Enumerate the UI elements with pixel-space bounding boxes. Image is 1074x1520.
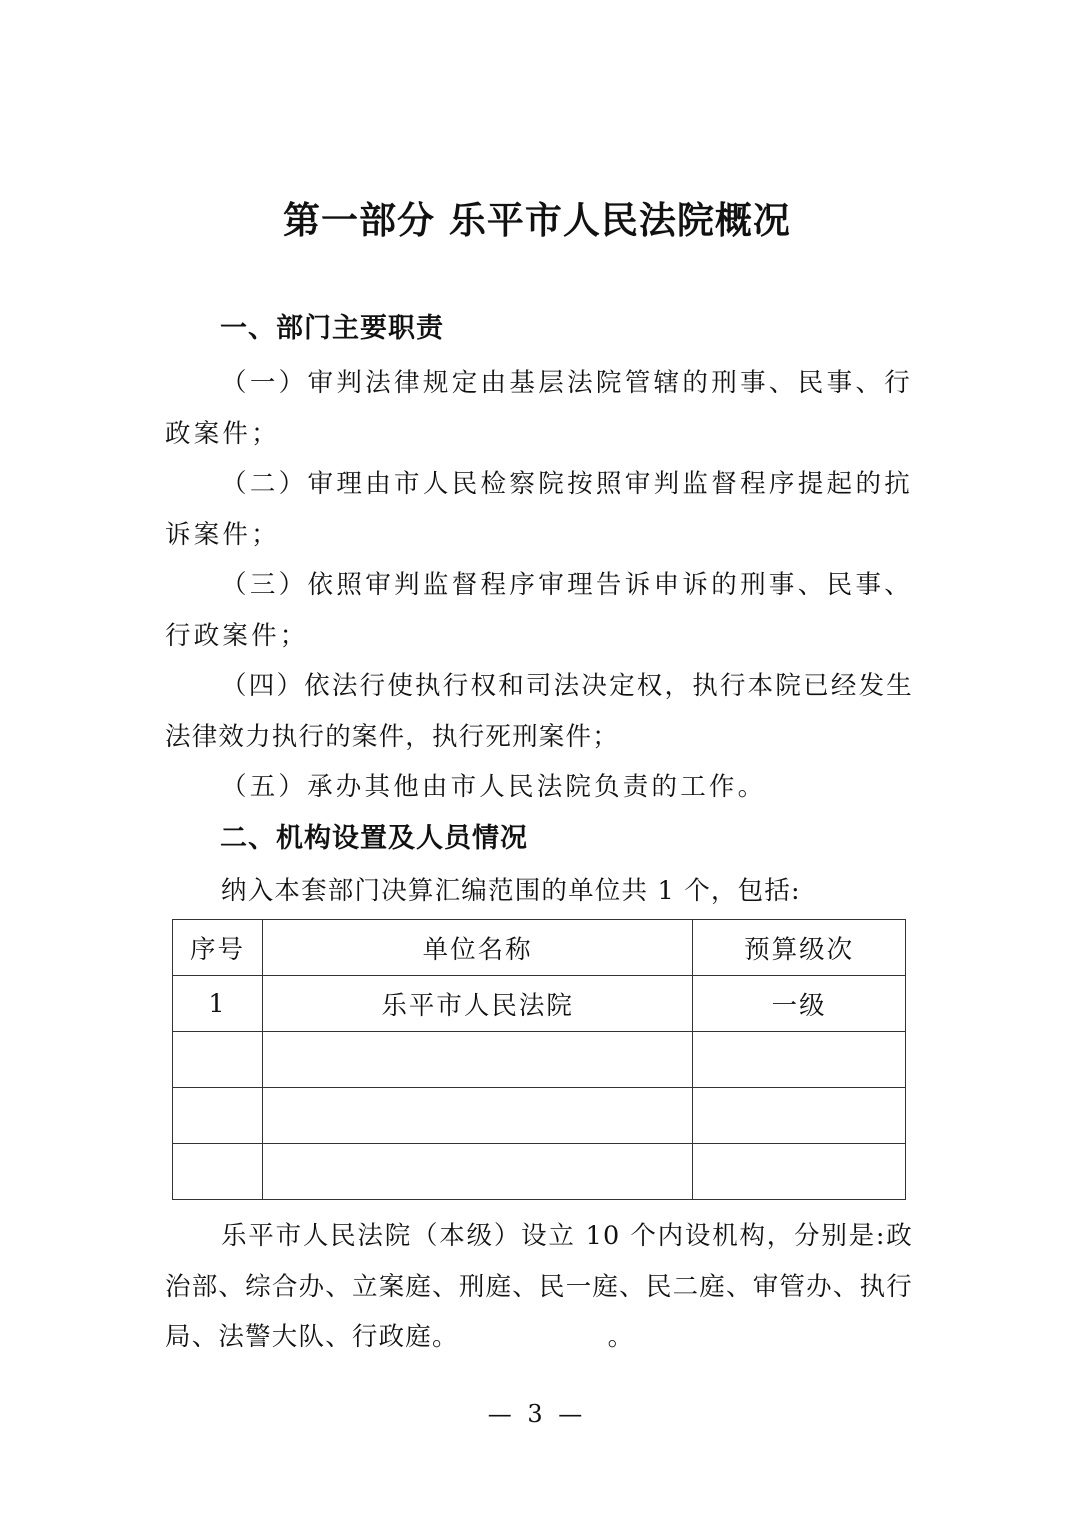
units-table: 序号 单位名称 预算级次 1 乐平市人民法院 一级 [172, 919, 906, 1200]
cell-unit-name [262, 1088, 692, 1144]
header-index: 序号 [173, 920, 263, 976]
internal-departments: 乐平市人民法院（本级）设立 10 个内设机构，分别是:政治部、综合办、立案庭、刑… [165, 1211, 913, 1363]
cell-index [173, 1032, 263, 1088]
cell-budget-level [693, 1032, 906, 1088]
table-row [173, 1144, 906, 1200]
page-number: — 3 — [0, 1400, 1074, 1428]
cell-budget-level: 一级 [693, 976, 906, 1032]
header-unit-name: 单位名称 [262, 920, 692, 976]
duty-item-3: （三）依照审判监督程序审理告诉申诉的刑事、民事、行政案件； [165, 560, 913, 661]
cell-budget-level [693, 1088, 906, 1144]
duty-item-1: （一）审判法律规定由基层法院管辖的刑事、民事、行政案件； [165, 358, 913, 459]
duty-item-4: （四）依法行使执行权和司法决定权，执行本院已经发生法律效力执行的案件，执行死刑案… [165, 661, 913, 762]
cell-unit-name [262, 1144, 692, 1200]
table-row: 1 乐平市人民法院 一级 [173, 976, 906, 1032]
duty-item-2: （二）审理由市人民检察院按照审判监督程序提起的抗诉案件； [165, 459, 913, 560]
scope-intro: 纳入本套部门决算汇编范围的单位共 1 个，包括: [165, 866, 913, 917]
cell-budget-level [693, 1144, 906, 1200]
table-row [173, 1032, 906, 1088]
cell-index [173, 1144, 263, 1200]
header-budget-level: 预算级次 [693, 920, 906, 976]
table-header-row: 序号 单位名称 预算级次 [173, 920, 906, 976]
table-row [173, 1088, 906, 1144]
cell-unit-name: 乐平市人民法院 [262, 976, 692, 1032]
cell-unit-name [262, 1032, 692, 1088]
page-title: 第一部分 乐平市人民法院概况 [0, 190, 1074, 244]
section-heading-duties: 一、部门主要职责 [220, 306, 444, 345]
cell-index: 1 [173, 976, 263, 1032]
duty-item-5: （五）承办其他由市人民法院负责的工作。 [165, 762, 913, 813]
section-heading-organization: 二、机构设置及人员情况 [220, 816, 528, 855]
cell-index [173, 1088, 263, 1144]
